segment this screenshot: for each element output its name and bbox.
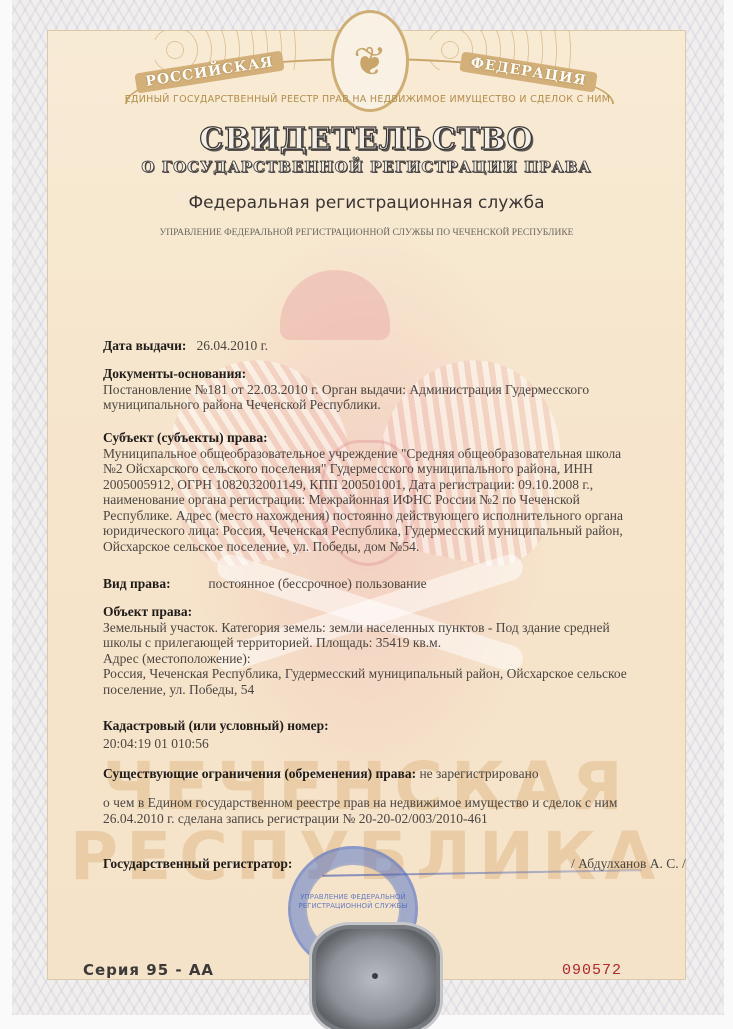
registry-record-line: о чем в Едином государственном реестре п… — [103, 795, 693, 811]
cadastral-section: Кадастровый (или условный) номер: 20:04:… — [103, 718, 693, 751]
subject-line: наименование органа регистрации: Межрайо… — [103, 492, 693, 508]
header-banner: РОССИЙСКАЯ ФЕДЕРАЦИЯ ❦ ЕДИНЫЙ ГОСУДАРСТВ… — [95, 10, 640, 120]
subject-line: Муниципальное общеобразовательное учрежд… — [103, 446, 693, 462]
right-type-label: Вид права: — [103, 576, 205, 592]
object-line: Россия, Чеченская Республика, Гудермесск… — [103, 666, 693, 682]
hologram-seal-icon — [312, 925, 440, 1029]
service-name: Федеральная регистрационная служба — [0, 193, 733, 213]
subject-line: №2 Ойсхарского сельского поселения" Гуде… — [103, 461, 693, 477]
issue-date-field: Дата выдачи: 26.04.2010 г. — [103, 338, 268, 354]
right-type-value: постоянное (бессрочное) пользование — [208, 576, 426, 591]
object-line: школы с прилегающей территорией. Площадь… — [103, 635, 693, 651]
encumbrances-field: Существующие ограничения (обременения) п… — [103, 766, 539, 782]
documents-line: Постановление №181 от 22.03.2010 г. Орга… — [103, 382, 693, 398]
serial-number: 090572 — [562, 962, 622, 979]
object-section: Объект права: Земельный участок. Категор… — [103, 604, 693, 697]
subject-line: Ойсхарское сельское поселение, ул. Побед… — [103, 539, 693, 555]
registrar-label: Государственный регистратор: — [103, 856, 292, 871]
documents-line: муниципального района Чеченской Республи… — [103, 397, 693, 413]
subject-line: 2005005912, ОГРН 1082032001149, КПП 2005… — [103, 477, 693, 493]
document-title: СВИДЕТЕЛЬСТВО — [0, 122, 733, 157]
encumbrances-label: Существующие ограничения (обременения) п… — [103, 766, 416, 781]
encumbrances-value: не зарегистрировано — [419, 766, 538, 781]
registry-record-line: 26.04.2010 г. сделана запись регистрации… — [103, 811, 693, 827]
object-line: Земельный участок. Категория земель: зем… — [103, 620, 693, 636]
subject-line: юридического лица: Россия, Чеченская Рес… — [103, 523, 693, 539]
issue-date-value: 26.04.2010 г. — [197, 338, 269, 353]
stamp-text: УПРАВЛЕНИЕ ФЕДЕРАЛЬНОЙ РЕГИСТРАЦИОННОЙ С… — [291, 893, 415, 911]
subject-line: Республике. Адрес (место нахождения) пос… — [103, 508, 693, 524]
department-name: УПРАВЛЕНИЕ ФЕДЕРАЛЬНОЙ РЕГИСТРАЦИОННОЙ С… — [0, 228, 733, 238]
registrar-label-row: Государственный регистратор: — [103, 856, 292, 872]
banner-ribbon-text: ЕДИНЫЙ ГОСУДАРСТВЕННЫЙ РЕЕСТР ПРАВ НА НЕ… — [105, 94, 630, 105]
document-subtitle: О ГОСУДАРСТВЕННОЙ РЕГИСТРАЦИИ ПРАВА — [0, 158, 733, 176]
cadastral-label: Кадастровый (или условный) номер: — [103, 718, 693, 734]
series-label: Серия 95 - АА — [83, 961, 214, 979]
object-label: Объект права: — [103, 604, 693, 620]
issue-date-label: Дата выдачи: — [103, 338, 186, 353]
documents-label: Документы-основания: — [103, 366, 693, 382]
documents-section: Документы-основания: Постановление №181 … — [103, 366, 693, 413]
hologram-center-icon — [372, 973, 378, 979]
object-line: Адрес (местоположение): — [103, 651, 693, 667]
object-line: поселение, ул. Победы, 54 — [103, 682, 693, 698]
cadastral-value: 20:04:19 01 010:56 — [103, 736, 693, 752]
subject-label: Субъект (субъекты) права: — [103, 430, 693, 446]
right-type-field: Вид права: постоянное (бессрочное) польз… — [103, 576, 427, 592]
registry-record-section: о чем в Едином государственном реестре п… — [103, 795, 693, 826]
subject-section: Субъект (субъекты) права: Муниципальное … — [103, 430, 693, 554]
